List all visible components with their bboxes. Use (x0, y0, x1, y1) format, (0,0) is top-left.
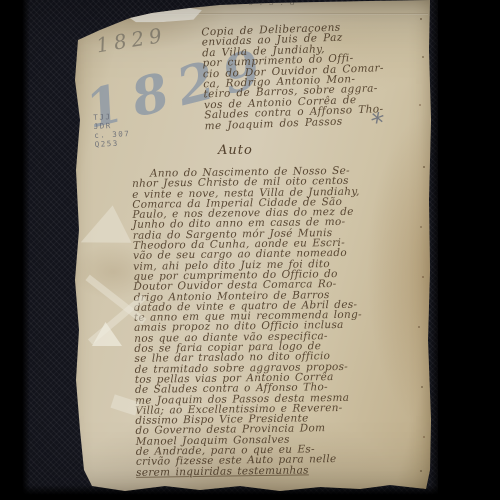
archive-stamp-line: Q253 (94, 138, 131, 149)
archive-stamp: TJJ JDR c. 307 Q253 (93, 111, 131, 149)
foxing-spots (420, 18, 422, 20)
photographed-manuscript: 6 . 5 . 8 1829 1829 TJJ JDR c. 307 Q253 … (0, 0, 500, 500)
pencil-year-annotation-small: 1829 (95, 23, 169, 58)
body-line: serem inquiridas testemunhas (136, 464, 398, 478)
body-text: Anno do Nascimento de Nosso Se- nhor Jes… (132, 165, 398, 478)
crease-repair-mark (81, 201, 138, 251)
header-inscription: Copia de Deliberaçoens enviadas ao Juis … (201, 21, 401, 132)
section-heading: Auto (218, 143, 253, 158)
manuscript-page: 6 . 5 . 8 1829 1829 TJJ JDR c. 307 Q253 … (70, 0, 432, 494)
